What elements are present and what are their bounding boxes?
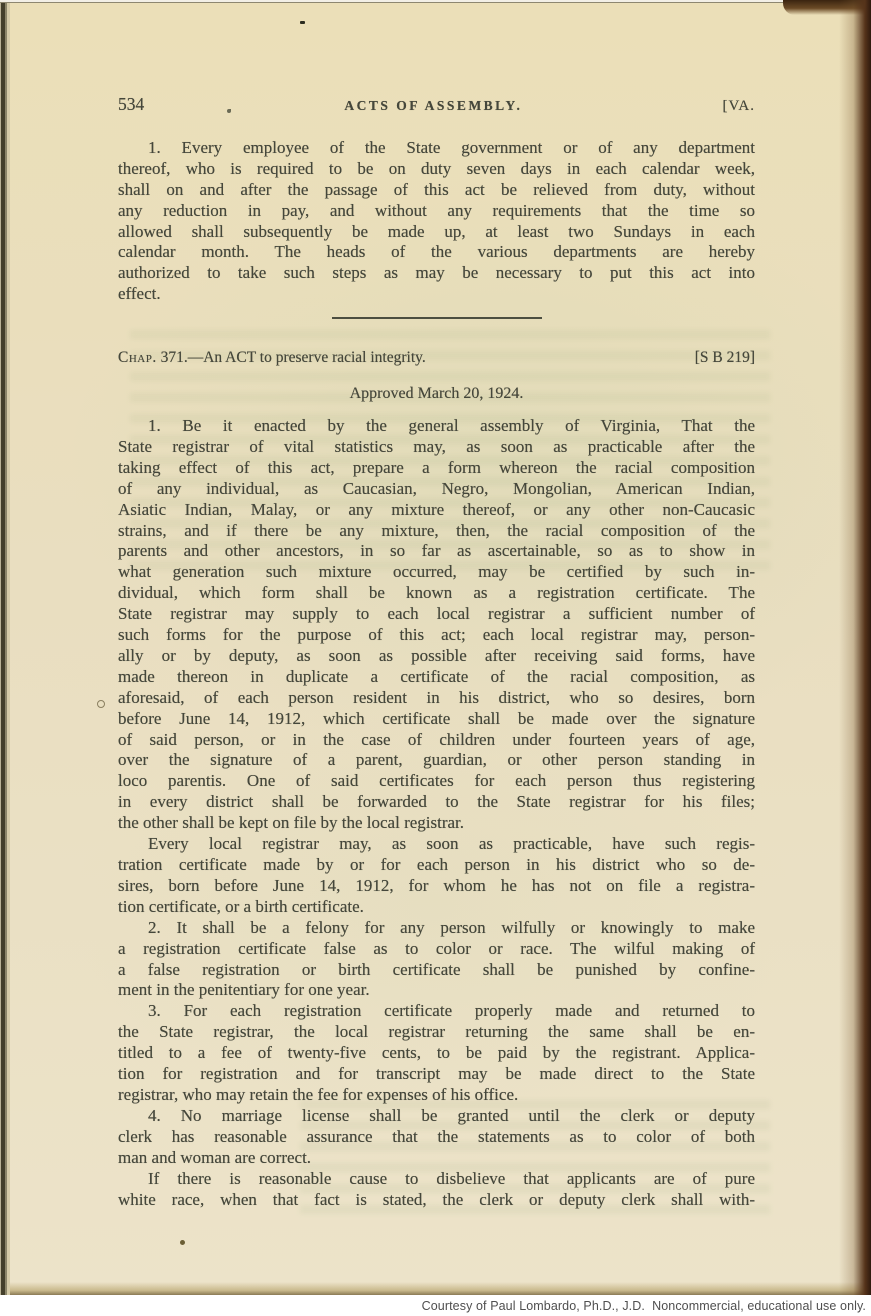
- volume-label: [VA.: [723, 96, 755, 117]
- text-line: loco parentis. One of said certificates …: [118, 771, 755, 792]
- text-line: made thereon in duplicate a certificate …: [118, 667, 755, 688]
- scanned-book-page-photo: 534 ACTS OF ASSEMBLY. [VA. 1. Every empl…: [0, 0, 871, 1316]
- text-line: State registrar may supply to each local…: [118, 604, 755, 625]
- book-page: 534 ACTS OF ASSEMBLY. [VA. 1. Every empl…: [0, 0, 865, 1295]
- prior-act-paragraph: 1. Every employee of the State governmen…: [118, 138, 755, 305]
- text-line: in every district shall be forwarded to …: [118, 792, 755, 813]
- text-line: If there is reasonable cause to disbelie…: [118, 1169, 755, 1190]
- credit-line: Courtesy of Paul Lombardo, Ph.D., J.D. N…: [422, 1299, 871, 1313]
- text-line: thereof, who is required to be on duty s…: [118, 159, 755, 180]
- text-line: parents and other ancestors, in so far a…: [118, 541, 755, 562]
- page-header: 534 ACTS OF ASSEMBLY. [VA.: [118, 94, 755, 117]
- text-line: effect.: [118, 284, 755, 305]
- text-line: taking effect of this act, prepare a for…: [118, 458, 755, 479]
- text-line: such forms for the purpose of this act; …: [118, 625, 755, 646]
- text-line: tion certificate, or a birth certificate…: [118, 897, 755, 918]
- act-body: 1. Be it enacted by the general assembly…: [118, 416, 755, 1210]
- section-1: 1. Be it enacted by the general assembly…: [118, 416, 755, 834]
- text-line: of any individual, as Caucasian, Negro, …: [118, 479, 755, 500]
- text-line: 1. Every employee of the State governmen…: [118, 138, 755, 159]
- chapter-heading: Chap. 371.—An ACT to preserve racial int…: [118, 348, 695, 369]
- page-right-shadow: [839, 0, 865, 1295]
- text-line: clerk has reasonable assurance that the …: [118, 1127, 755, 1148]
- text-line: 4. No marriage license shall be granted …: [118, 1106, 755, 1127]
- scan-footer-strip: Courtesy of Paul Lombardo, Ph.D., J.D. N…: [0, 1295, 871, 1316]
- text-line: titled to a fee of twenty-five cents, to…: [118, 1043, 755, 1064]
- text-line: the other shall be kept on file by the l…: [118, 813, 755, 834]
- section-4: 4. No marriage license shall be granted …: [118, 1106, 755, 1169]
- text-line: the State registrar, the local registrar…: [118, 1022, 755, 1043]
- page-number: 534: [118, 94, 144, 115]
- text-line: State registrar of vital statistics may,…: [118, 437, 755, 458]
- text-line: man and woman are correct.: [118, 1148, 755, 1169]
- text-line: a false registration or birth certificat…: [118, 960, 755, 981]
- text-line: 3. For each registration certificate pro…: [118, 1001, 755, 1022]
- text-line: ally or by deputy, as soon as possible a…: [118, 646, 755, 667]
- section-2: 2. It shall be a felony for any person w…: [118, 918, 755, 1002]
- text-line: tration certificate made by or for each …: [118, 855, 755, 876]
- text-line: over the signature of a parent, guardian…: [118, 750, 755, 771]
- section-divider-rule: [332, 317, 542, 319]
- section-4-continuation: If there is reasonable cause to disbelie…: [118, 1169, 755, 1211]
- approval-date: Approved March 20, 1924.: [118, 384, 755, 405]
- text-line: strains, and if there be any mixture, th…: [118, 521, 755, 542]
- text-line: authorized to take such steps as may be …: [118, 263, 755, 284]
- running-title: ACTS OF ASSEMBLY.: [144, 96, 722, 117]
- chapter-heading-row: Chap. 371.—An ACT to preserve racial int…: [118, 348, 755, 369]
- page-top-edge: [0, 0, 871, 4]
- text-line: a registration certificate false as to c…: [118, 939, 755, 960]
- text-line: what generation such mixture occurred, m…: [118, 562, 755, 583]
- bill-number: [S B 219]: [695, 348, 755, 369]
- text-line: of said person, or in the case of childr…: [118, 730, 755, 751]
- chapter-label: Chap.: [118, 349, 157, 366]
- text-line: Asiatic Indian, Malay, or any mixture th…: [118, 500, 755, 521]
- text-line: calendar month. The heads of the various…: [118, 242, 755, 263]
- binding-right-edge: [865, 0, 871, 1295]
- text-line: dividual, which form shall be known as a…: [118, 583, 755, 604]
- section-1-local-registrar: Every local registrar may, as soon as pr…: [118, 834, 755, 918]
- text-line: shall on and after the passage of this a…: [118, 180, 755, 201]
- text-line: 2. It shall be a felony for any person w…: [118, 918, 755, 939]
- text-line: any reduction in pay, and without any re…: [118, 201, 755, 222]
- text-line: registrar, who may retain the fee for ex…: [118, 1085, 755, 1106]
- text-line: tion for registration and for transcript…: [118, 1064, 755, 1085]
- text-line: white race, when that fact is stated, th…: [118, 1190, 755, 1211]
- text-line: allowed shall subsequently be made up, a…: [118, 222, 755, 243]
- text-line: ment in the penitentiary for one year.: [118, 980, 755, 1001]
- chapter-title: 371.—An ACT to preserve racial integrity…: [157, 349, 426, 366]
- text-column: 534 ACTS OF ASSEMBLY. [VA. 1. Every empl…: [118, 0, 755, 1210]
- text-line: before June 14, 1912, which certificate …: [118, 709, 755, 730]
- text-line: sires, born before June 14, 1912, for wh…: [118, 876, 755, 897]
- page-bottom-edge: [0, 1282, 865, 1295]
- text-line: aforesaid, of each person resident in hi…: [118, 688, 755, 709]
- binding-left-edge: [0, 0, 10, 1295]
- text-line: 1. Be it enacted by the general assembly…: [118, 416, 755, 437]
- section-3: 3. For each registration certificate pro…: [118, 1001, 755, 1106]
- text-line: Every local registrar may, as soon as pr…: [118, 834, 755, 855]
